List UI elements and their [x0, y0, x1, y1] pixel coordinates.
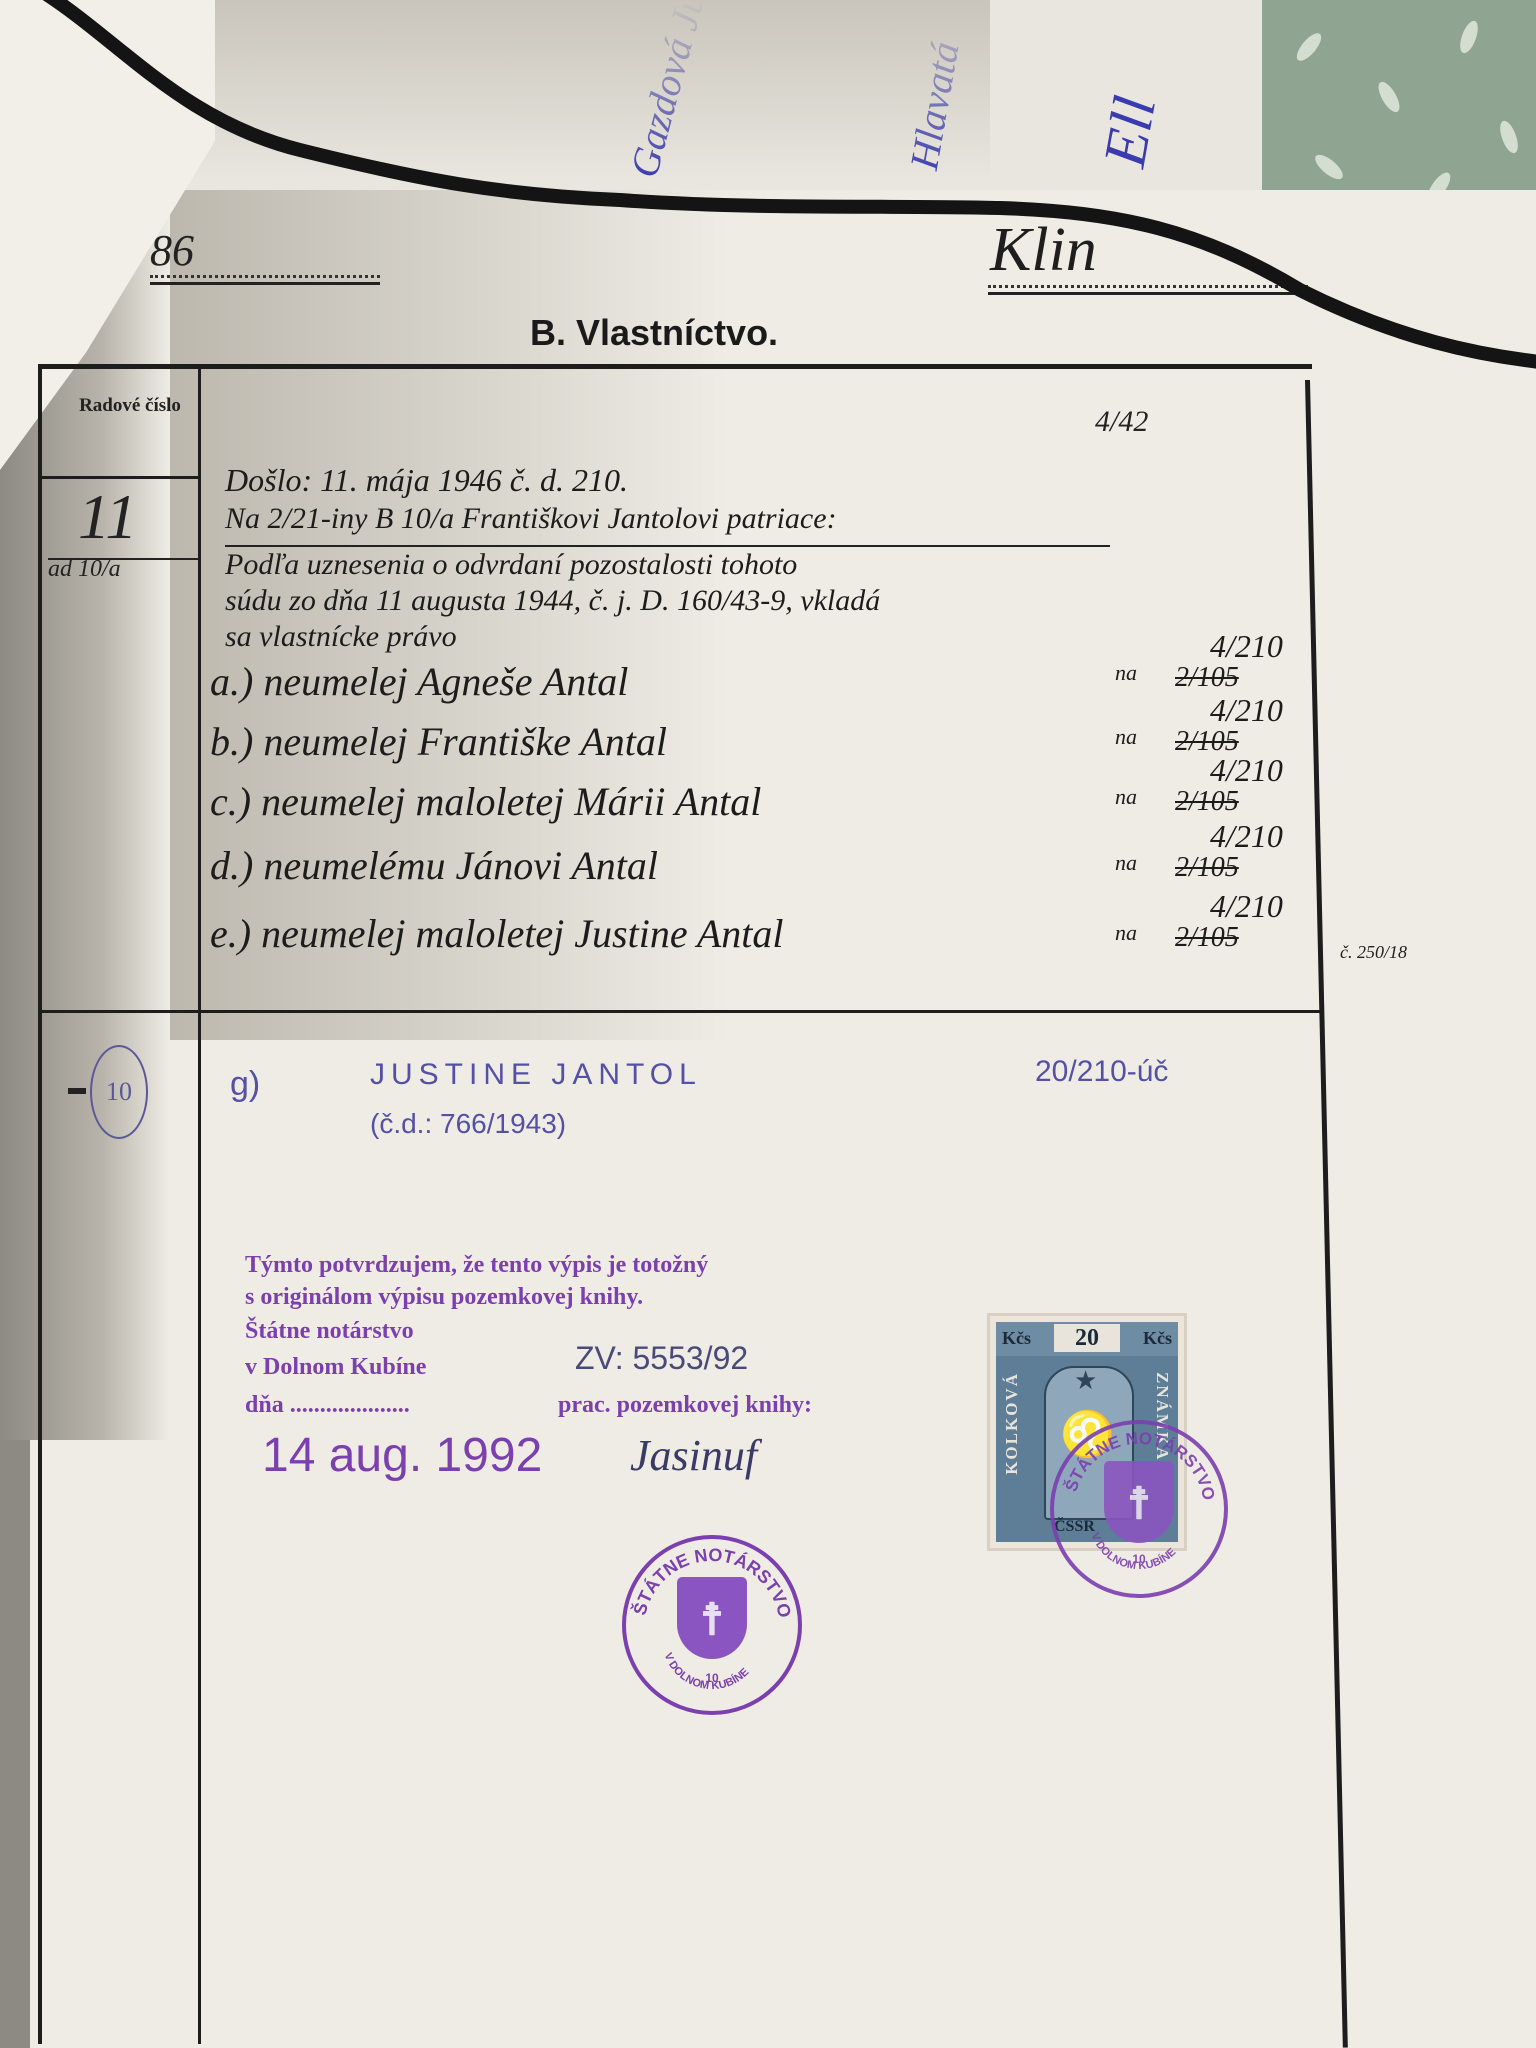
heir-line: d.) neumelému Jánovi Antal [210, 842, 658, 889]
heir-name: b.) neumelej Františke Antal [210, 719, 667, 764]
cadastral-area-name: Klin [990, 215, 1097, 286]
share-new: 4/210 [1210, 752, 1283, 789]
heir-line: b.) neumelej Františke Antal [210, 718, 667, 765]
file-number: ZV: 5553/92 [575, 1340, 748, 1377]
table-column-divider [198, 364, 201, 2044]
owner-share: 20/210-úč [1035, 1055, 1168, 1089]
margin-note: č. 250/18 [1340, 942, 1407, 963]
item-letter: g) [230, 1065, 260, 1104]
share-old-struck: 2/105 [1175, 852, 1239, 884]
entry-line: Došlo: 11. mája 1946 č. d. 210. [225, 462, 628, 499]
seal-number: 10 [626, 1671, 798, 1685]
heir-name: d.) neumelému Jánovi Antal [210, 843, 658, 888]
underline [988, 285, 1308, 295]
circled-row-number: 10 [90, 1045, 148, 1139]
row-number: 11 [78, 480, 137, 554]
star-icon: ★ [1074, 1366, 1097, 1396]
certification-text: Týmto potvrdzujem, že tento výpis je tot… [245, 1252, 708, 1279]
notary-seal: ŠTÁTNE NOTÁRSTVO V DOLNOM KUBÍNE ☨ 10 [1050, 1420, 1228, 1598]
certification-date: 14 aug. 1992 [262, 1428, 542, 1483]
currency-label: Kčs [1143, 1328, 1172, 1349]
table-border [38, 364, 42, 2044]
currency-label: Kčs [1002, 1328, 1031, 1349]
sheet-number: 86 [150, 225, 194, 276]
owner-reference: (č.d.: 766/1943) [370, 1108, 566, 1140]
column-header-order-number: Radové číslo [70, 395, 190, 417]
heir-name: e.) neumelej maloletej Justine Antal [210, 911, 784, 956]
share-old-struck: 2/105 [1175, 922, 1239, 954]
owner-name: JUSTINE JANTOL [370, 1058, 702, 1092]
background-handwriting: Ell [1090, 91, 1170, 172]
notary-office: Štátne notárstvo [245, 1318, 414, 1345]
share-new: 4/210 [1210, 888, 1283, 925]
clerk-signature: Jasinuf [630, 1430, 757, 1481]
share-new: 4/210 [1210, 692, 1283, 729]
notary-seal: ŠTÁTNE NOTÁRSTVO V DOLNOM KUBÍNE ☨ 10 [622, 1535, 802, 1715]
entry-line: sa vlastnícke právo [225, 620, 457, 654]
share-old-struck: 2/105 [1175, 662, 1239, 694]
row-marker [68, 1088, 86, 1094]
heir-line: e.) neumelej maloletej Justine Antal [210, 910, 784, 957]
share-na: na [1115, 724, 1137, 750]
double-cross-icon: ☨ [1127, 1478, 1151, 1529]
heir-name: a.) neumelej Agneše Antal [210, 659, 628, 704]
underline [225, 545, 1110, 547]
share-na: na [1115, 850, 1137, 876]
share-na: na [1115, 660, 1137, 686]
date-label: dňa .................... [245, 1392, 410, 1419]
page-note: 4/42 [1095, 405, 1148, 439]
clerk-label: prac. pozemkovej knihy: [558, 1392, 812, 1419]
entry-line: Podľa uznesenia o odvrdaní pozostalosti … [225, 548, 797, 582]
notary-location: v Dolnom Kubíne [245, 1354, 426, 1381]
entry-line: Na 2/21-iny B 10/a Františkovi Jantolovi… [225, 502, 837, 536]
share-na: na [1115, 920, 1137, 946]
section-title: B. Vlastníctvo. [530, 312, 778, 354]
underline [150, 275, 380, 285]
stamp-value: 20 [1054, 1324, 1120, 1352]
heir-line: a.) neumelej Agneše Antal [210, 658, 628, 705]
share-new: 4/210 [1210, 818, 1283, 855]
heir-line: c.) neumelej maloletej Márii Antal [210, 778, 761, 825]
entry-line: súdu zo dňa 11 augusta 1944, č. j. D. 16… [225, 584, 880, 618]
table-header-divider [40, 476, 200, 479]
share-new: 4/210 [1210, 628, 1283, 665]
row-reference: ad 10/a [48, 556, 121, 583]
share-old-struck: 2/105 [1175, 786, 1239, 818]
photocopy-shading [90, 0, 990, 180]
heir-name: c.) neumelej maloletej Márii Antal [210, 779, 761, 824]
certification-text: s originálom výpisu pozemkovej knihy. [245, 1284, 643, 1311]
double-cross-icon: ☨ [700, 1594, 724, 1645]
share-na: na [1115, 784, 1137, 810]
table-row-divider [40, 1010, 1320, 1013]
table-border [40, 364, 1312, 369]
seal-number: 10 [1054, 1552, 1224, 1566]
stamp-side-text: KOLKOVÁ [1002, 1372, 1022, 1475]
